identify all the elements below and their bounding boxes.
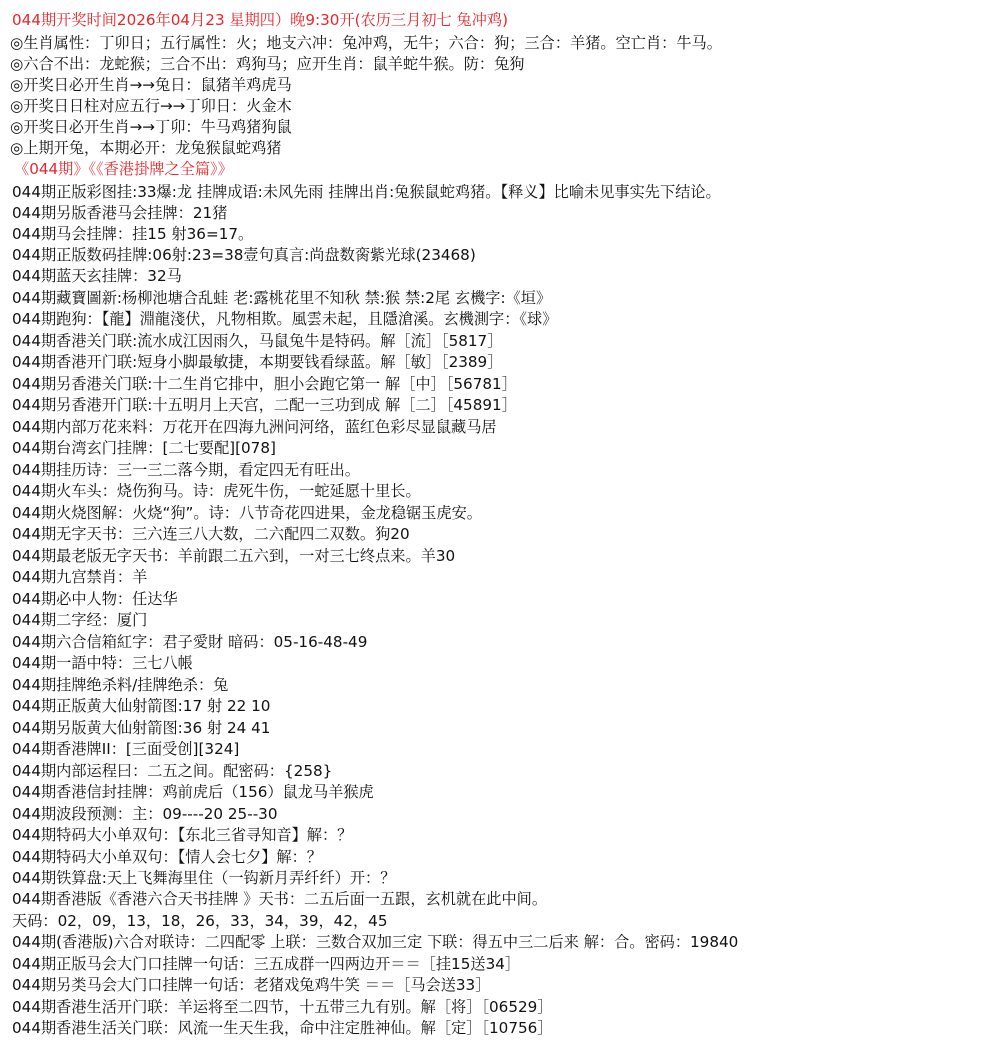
- entry-line: 044期特码大小单双句：【东北三省寻知音】解：？: [12, 825, 352, 846]
- entry-line: 044期无字天书：三六连三八大数，二六配四二双数。狗20: [12, 524, 410, 545]
- entry-line: 044期香港信封挂牌：鸡前虎后（156）鼠龙马羊猴虎: [12, 782, 374, 803]
- entry-line: 044期火烧图解：火烧“狗”。诗：八节奇花四进果，金龙稳锯玉虎安。: [12, 503, 482, 524]
- entry-line: 044期(香港版)六合对联诗：二四配零 上联：三数合双加三定 下联：得五中三二后…: [12, 932, 738, 953]
- attribute-line-liuhe: ◎六合不出：龙蛇猴；三合不出：鸡狗马；应开生肖：鼠羊蛇牛猴。防：兔狗: [10, 54, 524, 75]
- entry-line: 044期藏寶圖新:杨柳池塘合乱蛙 老:露桃花里不知秋 禁:猴 禁:2尾 玄機字:…: [12, 288, 551, 309]
- entry-line: 044期挂牌绝杀料/挂牌绝杀：兔: [12, 675, 228, 696]
- entry-line: 044期最老版无字天书：羊前跟二五六到，一对三七终点来。羊30: [12, 546, 455, 567]
- entry-line: 044期台湾玄门挂牌：[二七要配][078]: [12, 438, 276, 459]
- attribute-line-dingmao: ◎开奖日必开生肖→→丁卯：牛马鸡猪狗鼠: [10, 117, 292, 138]
- attribute-line-rabbit-day: ◎开奖日必开生肖→→兔日：鼠猪羊鸡虎马: [10, 75, 292, 96]
- entry-line: 044期另版香港马会挂牌：21猪: [12, 203, 227, 224]
- entry-line: 044期正版马会大门口挂牌一句话：三五成群一四两边开＝＝［挂15送34］: [12, 954, 520, 975]
- attribute-line-previous: ◎上期开兔，本期必开：龙兔猴鼠蛇鸡猪: [10, 138, 281, 159]
- attribute-line-five-elements: ◎开奖日日柱对应五行→→丁卯日：火金木: [10, 96, 292, 117]
- entry-line: 044期正版彩图挂:33爆:龙 挂牌成语:未风先雨 挂牌出肖:兔猴鼠蛇鸡猪。【释…: [12, 182, 721, 203]
- entry-line: 044期特码大小单双句：【情人会七夕】解：？: [12, 847, 322, 868]
- entry-line: 044期火车头：烧伤狗马。诗：虎死牛伤，一蛇延愿十里长。: [12, 481, 421, 502]
- entry-line: 044期一語中特：三七八帳: [12, 653, 193, 674]
- entry-line: 044期香港生活关门联：风流一生天生我，命中注定胜神仙。解［定］［10756］: [12, 1018, 553, 1039]
- entry-line: 044期另香港开门联:十五明月上天宫，二配一三功到成 解［二］［45891］: [12, 395, 517, 416]
- entry-line: 044期铁算盘:天上飞舞海里住（一钩新月弄纤纤）开：？: [12, 868, 395, 889]
- entry-line: 044期内部万花来料：万花开在四海九洲问河络，蓝红色彩尽显鼠藏马居: [12, 417, 497, 438]
- entry-line: 044期必中人物：任达华: [12, 589, 178, 610]
- entry-line: 044期九宫禁肖：羊: [12, 567, 147, 588]
- entry-line: 044期正版数码挂牌:06射:23=38壹句真言:尚盘数脔紫光球(23468): [12, 245, 476, 266]
- entry-line: 044期另类马会大门口挂牌一句话：老猪戏兔鸡牛笑 ＝＝［马会送33］: [12, 975, 490, 996]
- entry-line: 044期六合信箱紅字：君子愛財 暗码：05-16-48-49: [12, 632, 367, 653]
- entry-line: 044期香港开门联:短身小脚最敏捷，本期要钱看绿蓝。解［敏］［2389］: [12, 352, 502, 373]
- entry-line: 044期内部运程曰：二五之间。配密码：{258}: [12, 761, 332, 782]
- entry-line: 044期波段预测：主：09----20 25--30: [12, 804, 278, 825]
- entry-line: 044期香港生活开门联：羊运将至二四节，十五带三九有别。解［将］［06529］: [12, 997, 553, 1018]
- entry-line: 044期二字经：厦门: [12, 610, 147, 631]
- entry-line: 044期正版黄大仙射箭图:17 射 22 10: [12, 696, 270, 717]
- entry-line: 044期另版黄大仙射箭图:36 射 24 41: [12, 718, 270, 739]
- attribute-line-zodiac: ◎生肖属性：丁卯日；五行属性：火；地支六冲：兔冲鸡，无牛；六合：狗；三合：羊猪。…: [10, 33, 722, 54]
- tianma-numbers: 天码：02，09，13，18，26，33，34，39，42，45: [12, 911, 388, 932]
- entry-line: 044期香港关门联:流水成江因雨久，马鼠兔牛是特码。解［流］［5817］: [12, 331, 502, 352]
- entry-line: 044期另香港关门联:十二生肖它排中，胆小会跑它第一 解［中］［56781］: [12, 374, 517, 395]
- entry-line: 044期马会挂牌：挂15 射36=17。: [12, 224, 253, 245]
- entry-line: 044期跑狗：【龍】淵龍淺伏，凡物相欺。風雲未起，且隱滄溪。玄機測字：《球》: [12, 309, 557, 330]
- entry-line: 044期香港牌II：[三面受创][324]: [12, 739, 239, 760]
- section-title: 《044期》《《香港掛牌之全篇》》: [14, 159, 233, 180]
- draw-time-header: 044期开奖时间2026年04月23 星期四）晚9:30开(农历三月初七 兔冲鸡…: [12, 10, 508, 31]
- entry-line: 044期蓝天玄挂牌：32马: [12, 266, 182, 287]
- entry-line: 044期香港版《香港六合天书挂牌 》天书：二五后面一五跟，玄机就在此中间。: [12, 889, 547, 910]
- entry-line: 044期挂历诗：三一三二落今期，看定四无有旺出。: [12, 460, 360, 481]
